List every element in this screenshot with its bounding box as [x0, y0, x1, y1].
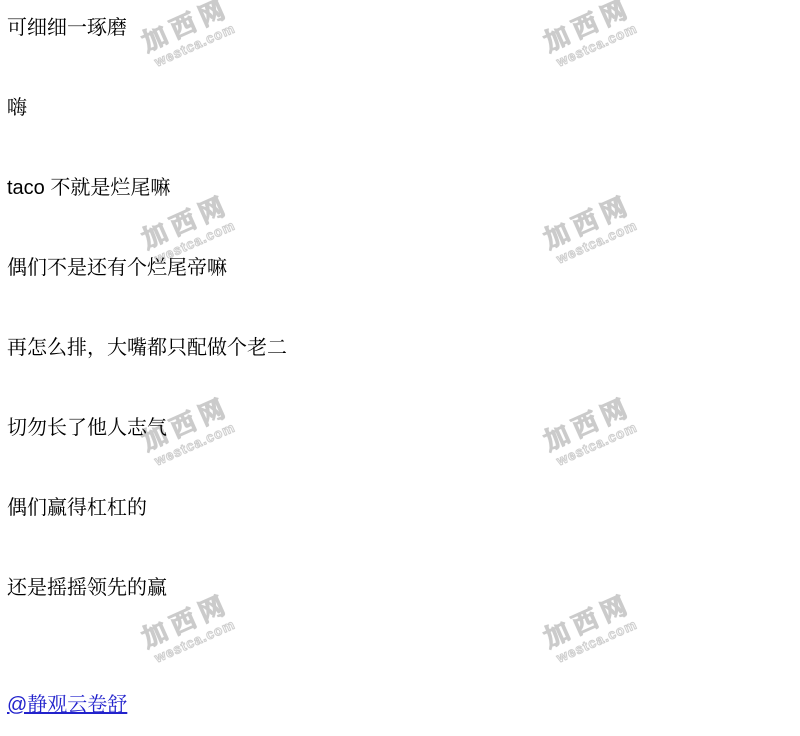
- post-line: taco 不就是烂尾嘛: [7, 174, 170, 202]
- post-line: 还是摇摇领先的赢: [7, 574, 167, 602]
- post-line: 偶们赢得杠杠的: [7, 494, 147, 522]
- mention-link[interactable]: @静观云卷舒: [7, 691, 127, 719]
- post-line: 切勿长了他人志气: [7, 414, 167, 442]
- post-line: 再怎么排，大嘴都只配做个老二: [7, 334, 287, 362]
- post-line: 嗨: [7, 94, 27, 122]
- post-line: 偶们不是还有个烂尾帝嘛: [7, 254, 227, 282]
- post-content: 可细细一琢磨 嗨 taco 不就是烂尾嘛 偶们不是还有个烂尾帝嘛 再怎么排，大嘴…: [0, 0, 800, 736]
- post-line: 可细细一琢磨: [7, 14, 127, 42]
